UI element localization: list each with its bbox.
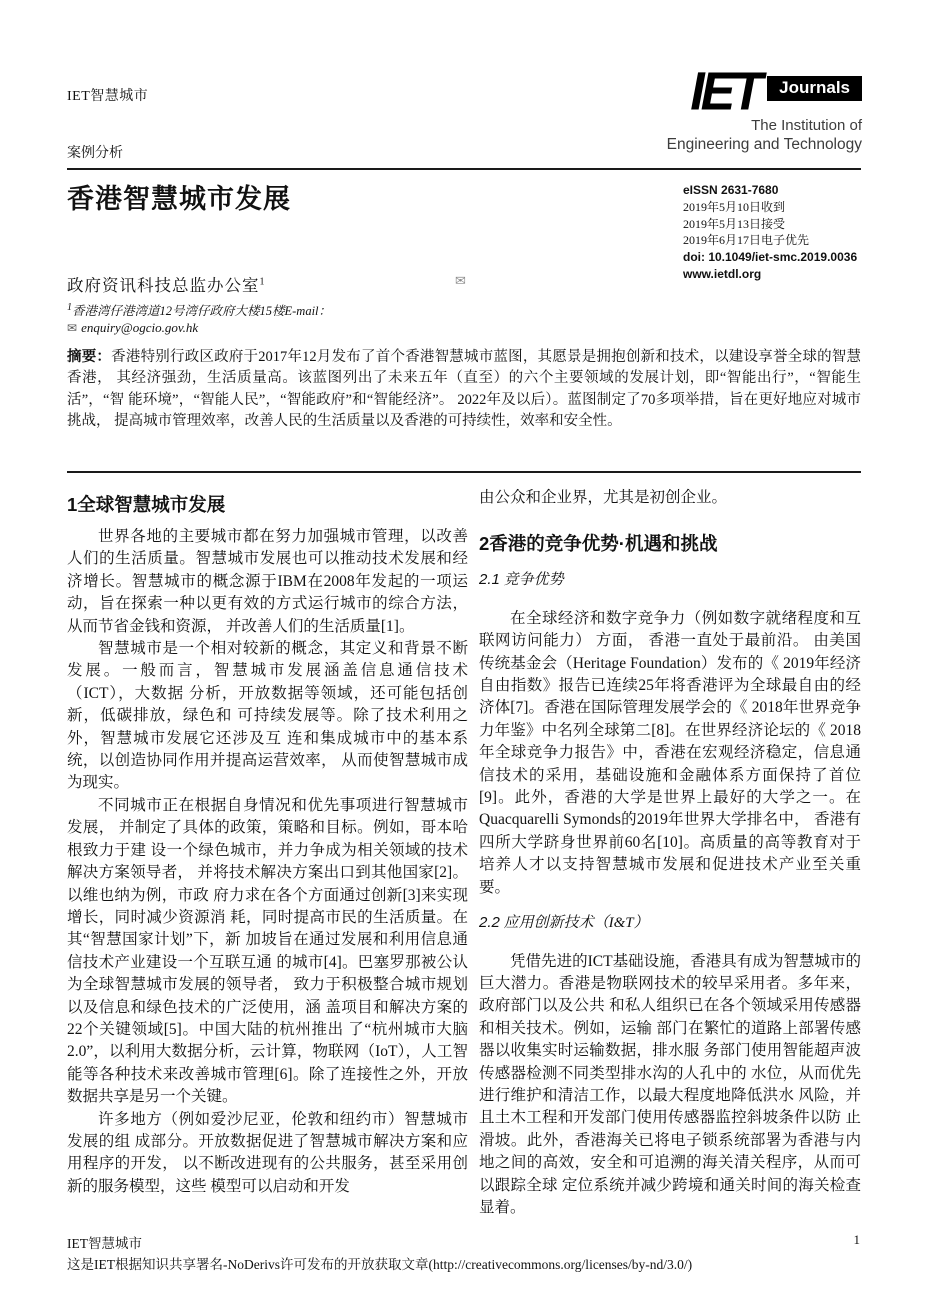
section2-paragraph-2: 凭借先进的ICT基础设施，香港具有成为智慧城市的巨大潜力。香港是物联网技术的较早…	[479, 951, 861, 1220]
received-date: 2019年5月10日收到	[683, 199, 857, 216]
journals-badge: Journals	[767, 76, 862, 101]
doi: doi: 10.1049/iet-smc.2019.0036	[683, 249, 857, 266]
institution-line2: Engineering and Technology	[648, 136, 862, 154]
journal-website-link[interactable]: www.ietdl.org	[683, 266, 857, 283]
paper-page: IET智慧城市 IET Journals The Institution of …	[0, 0, 927, 1310]
column-right: 由公众和企业界，尤其是初创企业。 2香港的竞争优势·机遇和挑战 2.1 竞争优势…	[479, 487, 861, 1219]
footer-journal-name: IET智慧城市	[67, 1232, 142, 1252]
author-email-link[interactable]: enquiry@ogcio.gov.hk	[81, 320, 198, 335]
header-divider	[67, 168, 861, 170]
section1-paragraph-4: 许多地方（例如爱沙尼亚，伦敦和纽约市）智慧城市发展的组 成部分。开放数据促进了智…	[67, 1109, 468, 1199]
author-name-text: 政府资讯科技总监办公室	[67, 276, 260, 295]
running-head: IET智慧城市	[67, 85, 148, 105]
section1-paragraph-3: 不同城市正在根据自身情况和优先事项进行智慧城市发展， 并制定了具体的政策，策略和…	[67, 795, 468, 1109]
article-type-label: 案例分析	[67, 142, 123, 162]
section2-1-title: 竞争优势	[500, 572, 564, 588]
author-affiliation-marker: 1	[260, 277, 266, 288]
accepted-date: 2019年5月13日接受	[683, 216, 857, 233]
section2-paragraph-1: 在全球经济和数字竞争力（例如数字就绪程度和互联网访问能力） 方面， 香港一直处于…	[479, 608, 861, 899]
section1-continuation: 由公众和企业界，尤其是初创企业。	[479, 487, 861, 509]
affiliation-text: 香港湾仔港湾道12号湾仔政府大楼15楼E-mail：	[72, 304, 331, 318]
page-title: 香港智慧城市发展	[67, 177, 291, 216]
section2-2-title: 应用创新技术（I&T）	[500, 915, 649, 931]
section2-heading: 2香港的竞争优势·机遇和挑战	[479, 532, 861, 556]
iet-logo-icon: IET	[690, 67, 759, 117]
footer-license-link[interactable]: 这是IET根据知识共享署名-NoDerivs许可发布的开放获取文章(http:/…	[67, 1253, 692, 1273]
epub-date: 2019年6月17日电子优先	[683, 232, 857, 249]
section2-2-subheading: 2.2 应用创新技术（I&T）	[479, 912, 861, 934]
abstract-divider	[67, 471, 861, 473]
section1-heading: 1全球智慧城市发展	[67, 493, 468, 517]
column-left: 1全球智慧城市发展 世界各地的主要城市都在努力加强城市管理，以改善人们的生活质量…	[67, 487, 468, 1198]
article-metadata: eISSN 2631-7680 2019年5月10日收到 2019年5月13日接…	[683, 182, 857, 283]
mail-icon: ✉	[455, 273, 466, 289]
abstract-text: 香港特别行政区政府于2017年12月发布了首个香港智慧城市蓝图，其愿景是拥抱创新…	[67, 349, 861, 429]
author-name: 政府资讯科技总监办公室1	[67, 272, 266, 296]
author-email-line: ✉enquiry@ogcio.gov.hk	[67, 320, 198, 336]
abstract: 摘要：香港特别行政区政府于2017年12月发布了首个香港智慧城市蓝图，其愿景是拥…	[67, 347, 861, 433]
section2-2-number: 2.2	[479, 914, 500, 931]
author-affiliation: 1香港湾仔港湾道12号湾仔政府大楼15楼E-mail：	[67, 301, 331, 319]
footer-page-number: 1	[790, 1232, 860, 1248]
section2-1-subheading: 2.1 竞争优势	[479, 569, 861, 591]
envelope-icon: ✉	[67, 321, 77, 335]
eissn: eISSN 2631-7680	[683, 182, 857, 199]
section2-1-number: 2.1	[479, 571, 500, 588]
section1-paragraph-2: 智慧城市是一个相对较新的概念，其定义和背景不断发展。一般而言，智慧城市发展涵盖信…	[67, 638, 468, 795]
abstract-label: 摘要：	[67, 349, 111, 365]
section1-paragraph-1: 世界各地的主要城市都在努力加强城市管理，以改善人们的生活质量。智慧城市发展也可以…	[67, 526, 468, 638]
iet-journals-logo: IET Journals The Institution of Engineer…	[648, 68, 862, 154]
